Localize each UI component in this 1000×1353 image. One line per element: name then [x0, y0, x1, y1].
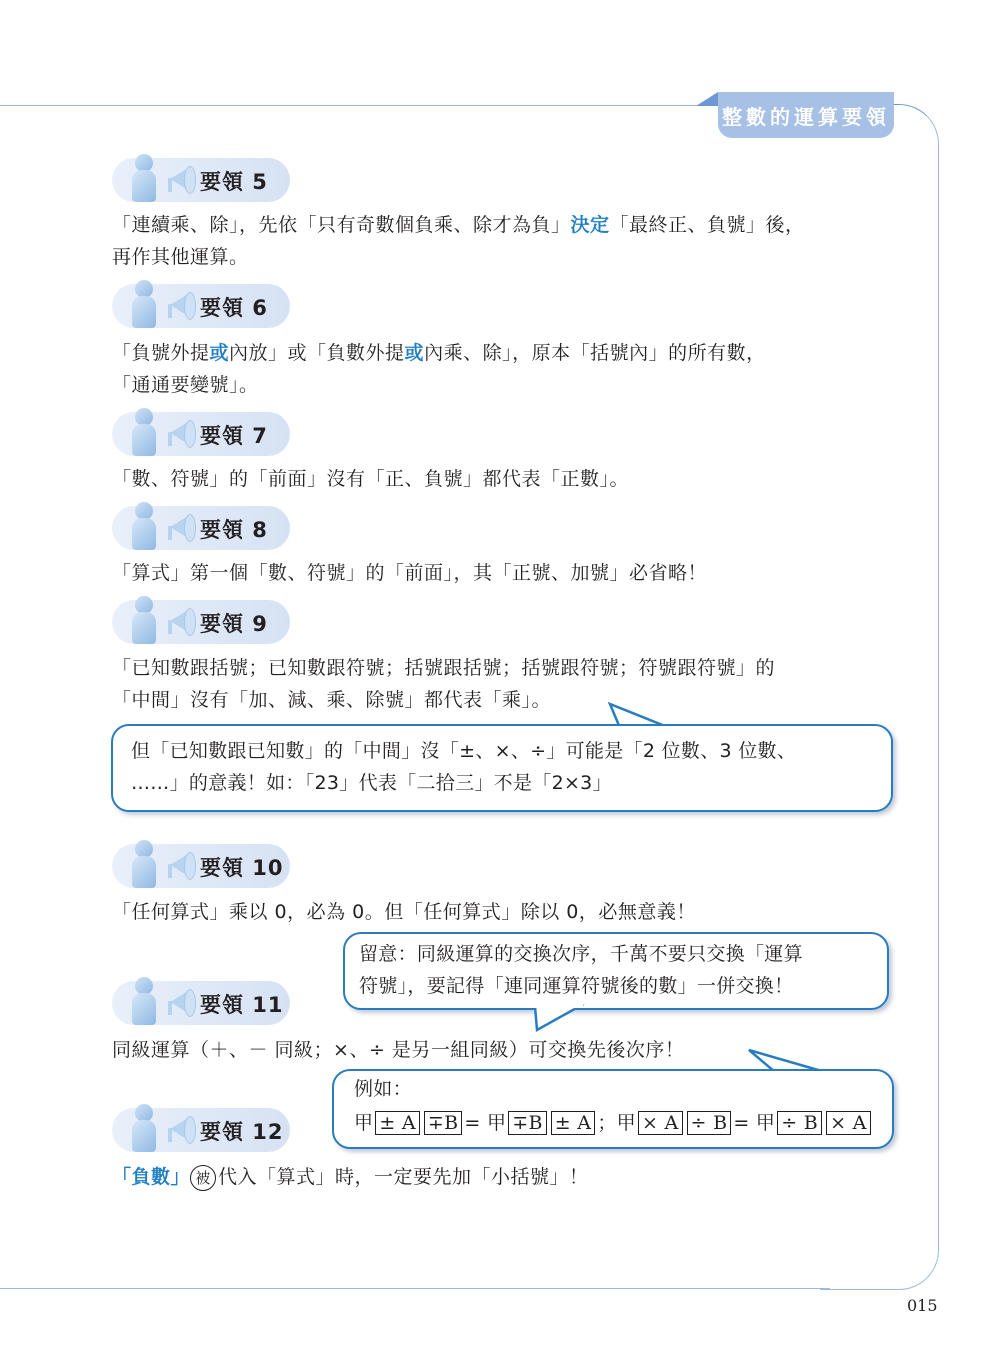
- tip-label: 要領 9: [200, 608, 268, 638]
- tip-9-text: 「已知數跟括號；已知數跟符號；括號跟括號；括號跟符號；符號跟符號」的「中間」沒有…: [112, 652, 902, 716]
- note-line-1: 但「已知數跟已知數」的「中間」沒「±、×、÷」可能是「2 位數、3 位數、: [131, 735, 796, 767]
- text-line: 再作其他運算。: [112, 241, 902, 273]
- text-line: 「負數」被代入「算式」時，一定要先加「小括號」！: [112, 1161, 902, 1193]
- tip-8-text: 「算式」第一個「數、符號」的「前面」，其「正號、加號」必省略！: [112, 557, 902, 589]
- text-segment: 代入「算式」時，一定要先加「小括號」！: [218, 1166, 589, 1188]
- text-line: 「連續乘、除」，先依「只有奇數個負乘、除才為負」決定「最終正、負號」後，: [112, 209, 902, 241]
- tip-7-text: 「數、符號」的「前面」沒有「正、負號」都代表「正數」。: [112, 463, 902, 495]
- text-segment: 「已知數跟括號；已知數跟符號；括號跟括號；括號跟符號；符號跟符號」的: [112, 657, 775, 679]
- tip-label: 要領 5: [200, 166, 268, 196]
- text-line: 「通通要變號」。: [112, 369, 902, 401]
- megaphone-icon: [164, 608, 194, 636]
- boxed-term: ∓B: [424, 1111, 462, 1135]
- text-segment: 「算式」第一個「數、符號」的「前面」，其「正號、加號」必省略！: [112, 562, 707, 584]
- boxed-term: ÷ B: [777, 1111, 822, 1135]
- formula-text: 甲: [354, 1112, 373, 1134]
- text-segment: 「負號外提: [112, 342, 210, 364]
- text-segment: 再作其他運算。: [112, 246, 249, 268]
- boxed-term: ± A: [375, 1111, 420, 1135]
- tip-label: 要領 12: [200, 1116, 284, 1146]
- megaphone-icon: [164, 514, 194, 542]
- page-frame-bottom-rule: [0, 1288, 830, 1289]
- megaphone-icon: [164, 166, 194, 194]
- megaphone-icon: [164, 420, 194, 448]
- text-segment: 內乘、除」，原本「括號內」的所有數，: [424, 342, 766, 364]
- tip-header-10: 要領 10: [112, 844, 290, 888]
- highlight-text: 決定: [571, 214, 610, 236]
- highlight-text: 或: [210, 342, 230, 364]
- megaphone-icon: [164, 989, 194, 1017]
- tip-label: 要領 10: [200, 852, 284, 882]
- example-title: 例如：: [354, 1073, 412, 1105]
- boxed-term: × A: [826, 1111, 871, 1135]
- text-segment: 「中間」沒有「加、減、乘、除號」都代表「乘」。: [112, 689, 551, 711]
- tip-header-9: 要領 9: [112, 600, 290, 644]
- formula-text: ；甲: [597, 1112, 636, 1134]
- person-icon: [132, 154, 158, 202]
- person-icon: [132, 280, 158, 328]
- text-line: 「中間」沒有「加、減、乘、除號」都代表「乘」。: [112, 684, 902, 716]
- example-formula: 甲± A∓B= 甲∓B± A；甲× A÷ B= 甲÷ B× A: [354, 1107, 873, 1139]
- callout-line-1: 留意：同級運算的交換次序，千萬不要只交換「運算: [359, 938, 803, 970]
- tip-header-6: 要領 6: [112, 284, 290, 328]
- text-segment: 「數、符號」的「前面」沒有「正、負號」都代表「正數」。: [112, 468, 629, 490]
- page-frame-top-rule: [0, 105, 720, 106]
- text-segment: 內放」或「負數外提: [229, 342, 405, 364]
- megaphone-icon: [164, 1116, 194, 1144]
- text-line: 「已知數跟括號；已知數跟符號；括號跟括號；括號跟符號；符號跟符號」的: [112, 652, 902, 684]
- person-icon: [132, 977, 158, 1025]
- boxed-term: ÷ B: [687, 1111, 732, 1135]
- tip-label: 要領 11: [200, 989, 284, 1019]
- tip-11-example-bubble: 例如： 甲± A∓B= 甲∓B± A；甲× A÷ B= 甲÷ B× A: [332, 1069, 894, 1149]
- highlight-text: 或: [405, 342, 425, 364]
- tip-label: 要領 8: [200, 514, 268, 544]
- boxed-term: ∓B: [508, 1111, 546, 1135]
- person-icon: [132, 1104, 158, 1152]
- megaphone-icon: [164, 852, 194, 880]
- tip-6-text: 「負號外提或內放」或「負數外提或內乘、除」，原本「括號內」的所有數，「通通要變號…: [112, 337, 902, 401]
- person-icon: [132, 596, 158, 644]
- text-line: 「數、符號」的「前面」沒有「正、負號」都代表「正數」。: [112, 463, 902, 495]
- text-segment: 「任何算式」乘以 0，必為 0。但「任何算式」除以 0，必無意義！: [112, 901, 696, 923]
- tip-header-12: 要領 12: [112, 1108, 290, 1152]
- text-segment: 「連續乘、除」，先依「只有奇數個負乘、除才為負」: [112, 214, 571, 236]
- text-line: 「算式」第一個「數、符號」的「前面」，其「正號、加號」必省略！: [112, 557, 902, 589]
- megaphone-icon: [164, 292, 194, 320]
- highlight-text: 「負數」: [112, 1166, 190, 1188]
- tip-header-7: 要領 7: [112, 412, 290, 456]
- person-icon: [132, 502, 158, 550]
- tip-11-callout-bubble: 留意：同級運算的交換次序，千萬不要只交換「運算 符號」，要記得「連同運算符號後的…: [343, 932, 889, 1010]
- tip-header-8: 要領 8: [112, 506, 290, 550]
- text-line: 「負號外提或內放」或「負數外提或內乘、除」，原本「括號內」的所有數，: [112, 337, 902, 369]
- text-segment: 同級運算（＋、－ 同級；×、÷ 是另一組同級）可交換先後次序！: [112, 1039, 684, 1061]
- tip-label: 要領 7: [200, 420, 268, 450]
- formula-text: = 甲: [464, 1112, 506, 1134]
- formula-text: = 甲: [733, 1112, 775, 1134]
- text-segment: 「最終正、負號」後，: [610, 214, 805, 236]
- page-number: 015: [907, 1296, 938, 1315]
- tip-9-note-bubble: 但「已知數跟已知數」的「中間」沒「±、×、÷」可能是「2 位數、3 位數、 ………: [111, 724, 893, 812]
- boxed-term: ± A: [551, 1111, 596, 1135]
- person-icon: [132, 840, 158, 888]
- note-line-2: ……」的意義！如：「23」代表「二拾三」不是「2×3」: [131, 767, 612, 799]
- callout-line-2: 符號」，要記得「連同運算符號後的數」一併交換！: [359, 970, 793, 1002]
- tip-5-text: 「連續乘、除」，先依「只有奇數個負乘、除才為負」決定「最終正、負號」後，再作其他…: [112, 209, 902, 273]
- speech-bubble-tail: [525, 1004, 595, 1034]
- circled-char: 被: [190, 1165, 216, 1191]
- person-icon: [132, 408, 158, 456]
- boxed-term: × A: [638, 1111, 683, 1135]
- text-line: 「任何算式」乘以 0，必為 0。但「任何算式」除以 0，必無意義！: [112, 896, 902, 928]
- tip-header-5: 要領 5: [112, 158, 290, 202]
- chapter-title-tab: 整數的運算要領: [718, 92, 894, 138]
- tip-header-11: 要領 11: [112, 981, 290, 1025]
- tip-10-text: 「任何算式」乘以 0，必為 0。但「任何算式」除以 0，必無意義！: [112, 896, 902, 928]
- text-segment: 「通通要變號」。: [112, 374, 259, 396]
- tip-label: 要領 6: [200, 292, 268, 322]
- tip-12-text: 「負數」被代入「算式」時，一定要先加「小括號」！: [112, 1161, 902, 1193]
